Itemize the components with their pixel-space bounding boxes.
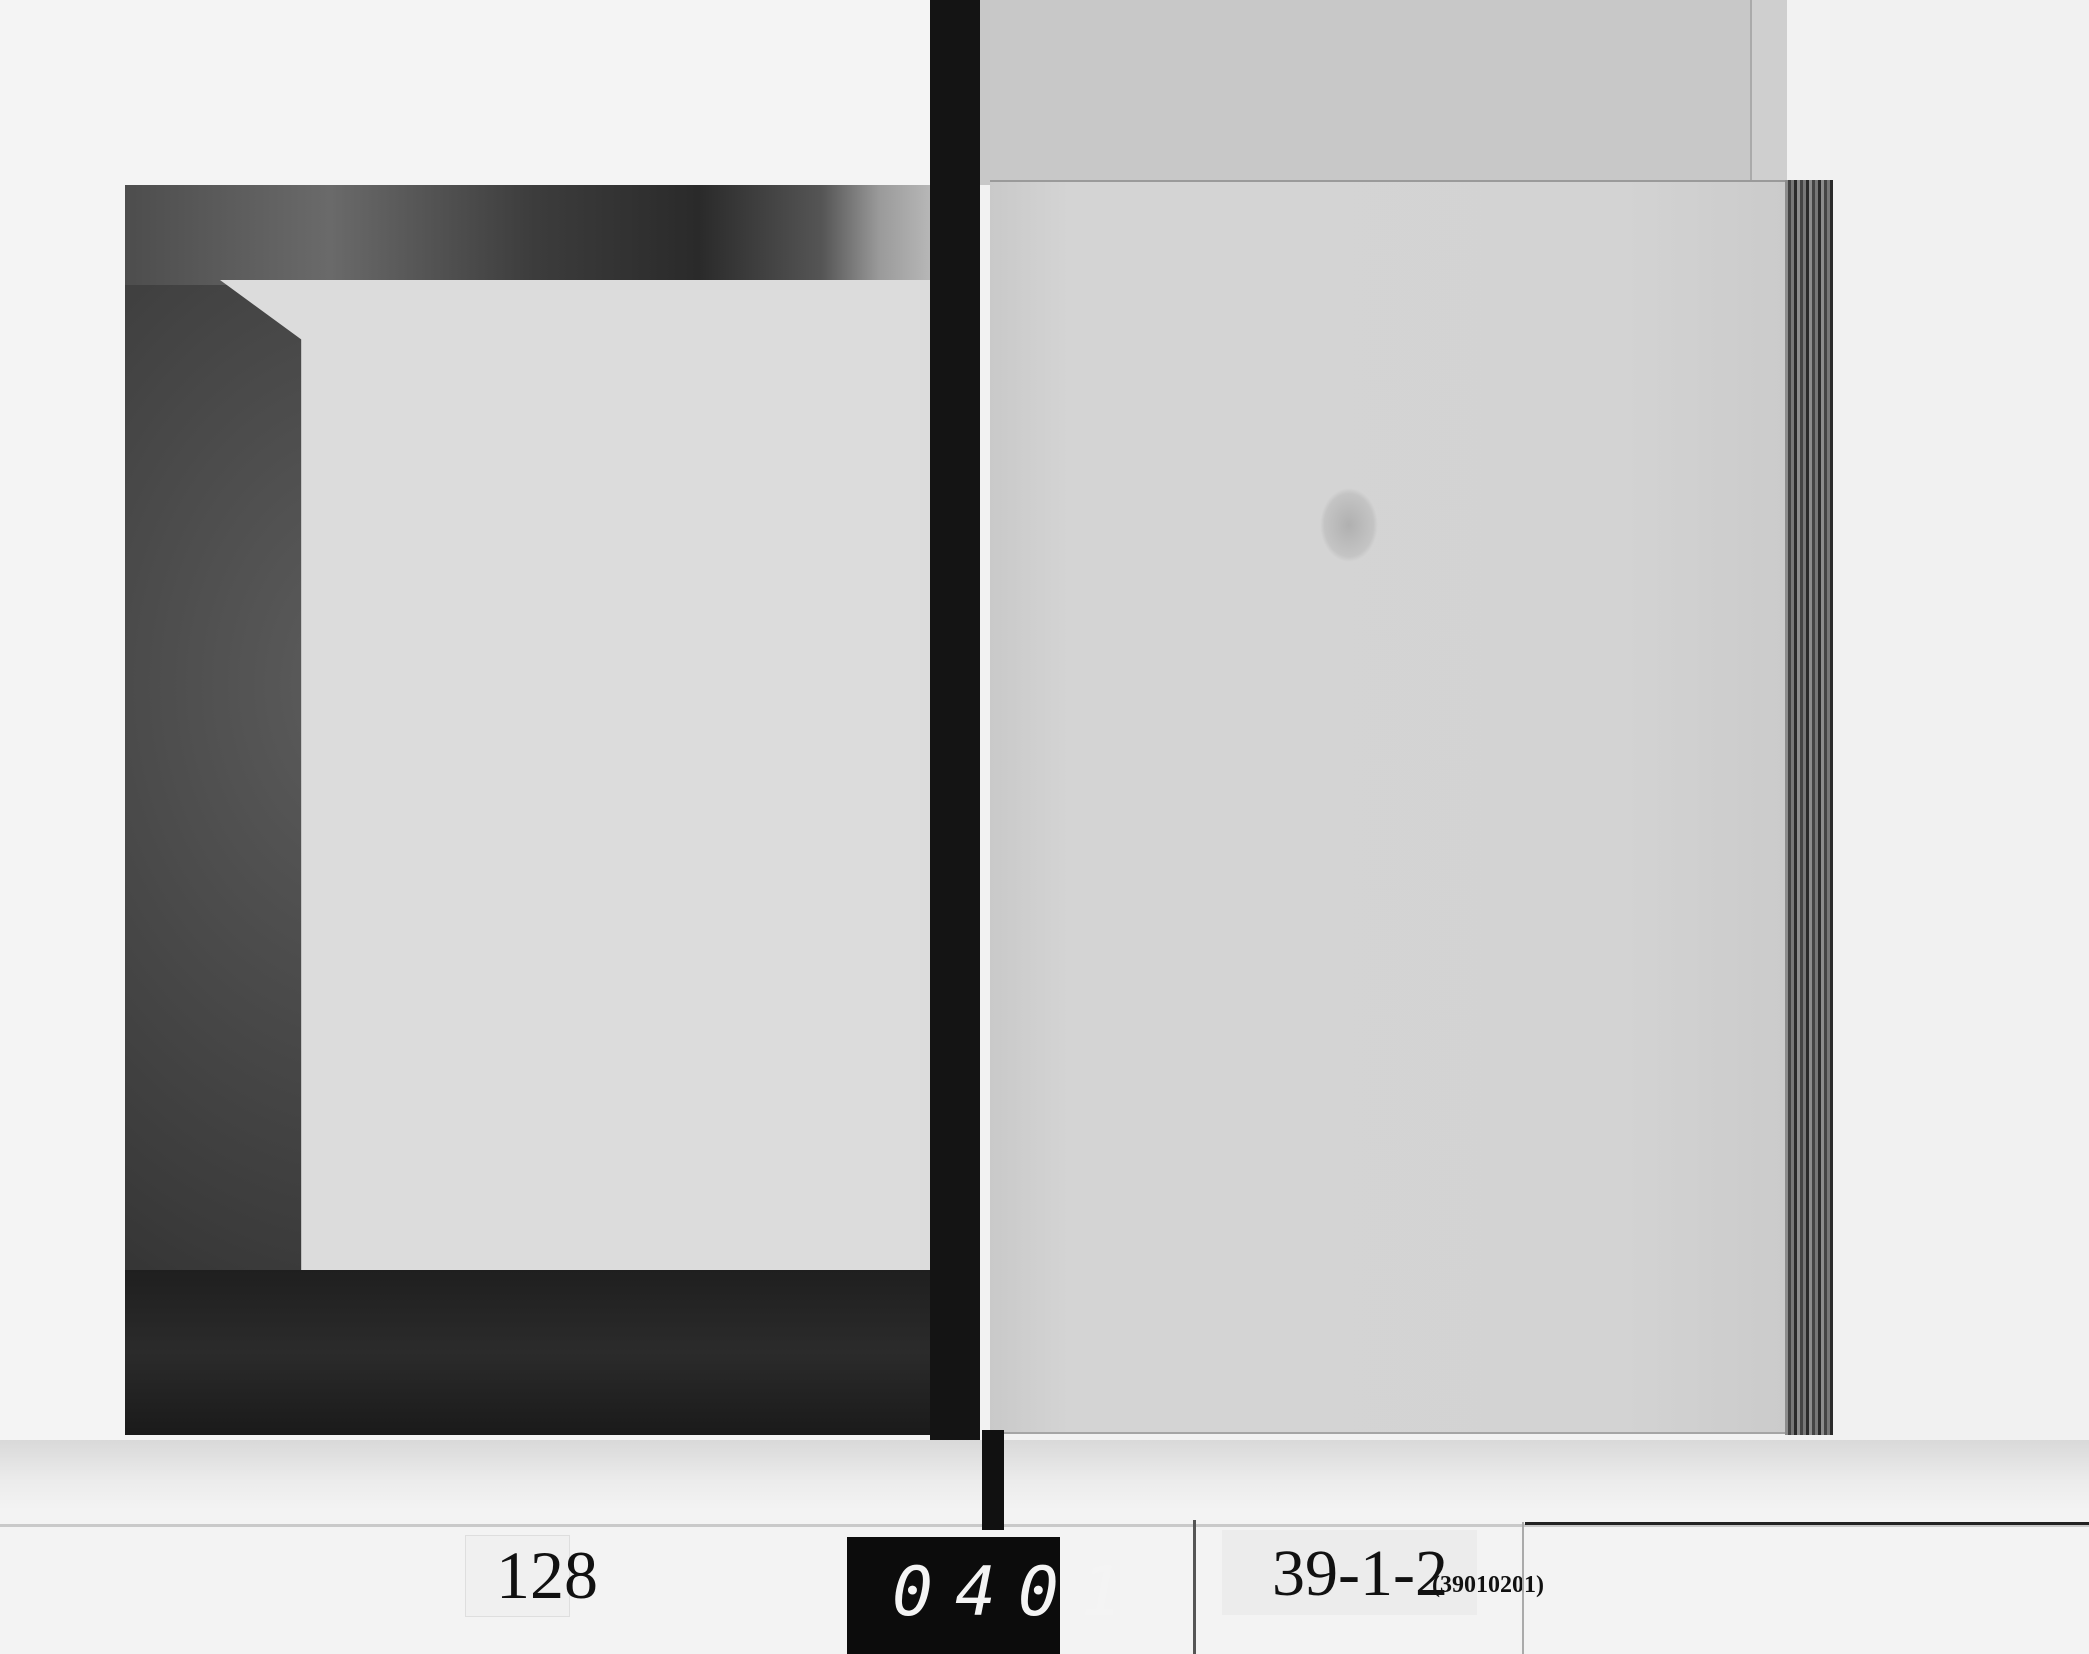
reference-id: (39010201) [1432,1572,1544,1599]
divider [1193,1520,1196,1654]
volume-label: 128 [465,1535,570,1617]
spine-tail [982,1430,1004,1530]
reference-label: 39-1-2 (39010201) [1222,1530,1477,1615]
first-page [990,180,1785,1434]
page-stain [1320,488,1378,562]
book-spine [930,0,980,1440]
back-page-edge [1750,0,1787,185]
right-rule-vertical [1522,1522,1524,1654]
frame-counter-label: 0401 [847,1537,1060,1654]
frame-number: 0401 [892,1553,1144,1632]
endpaper [220,280,958,1270]
reference-code: 39-1-2 [1272,1536,1448,1612]
background-right [1830,0,2089,1440]
right-rule [1525,1522,2089,1525]
page-edges [1785,180,1833,1435]
cover-bottom-border [125,1270,965,1435]
table-shadow [0,1440,2089,1510]
back-page [980,0,1750,185]
volume-number: 128 [496,1536,598,1615]
cover-top-border [125,185,945,285]
